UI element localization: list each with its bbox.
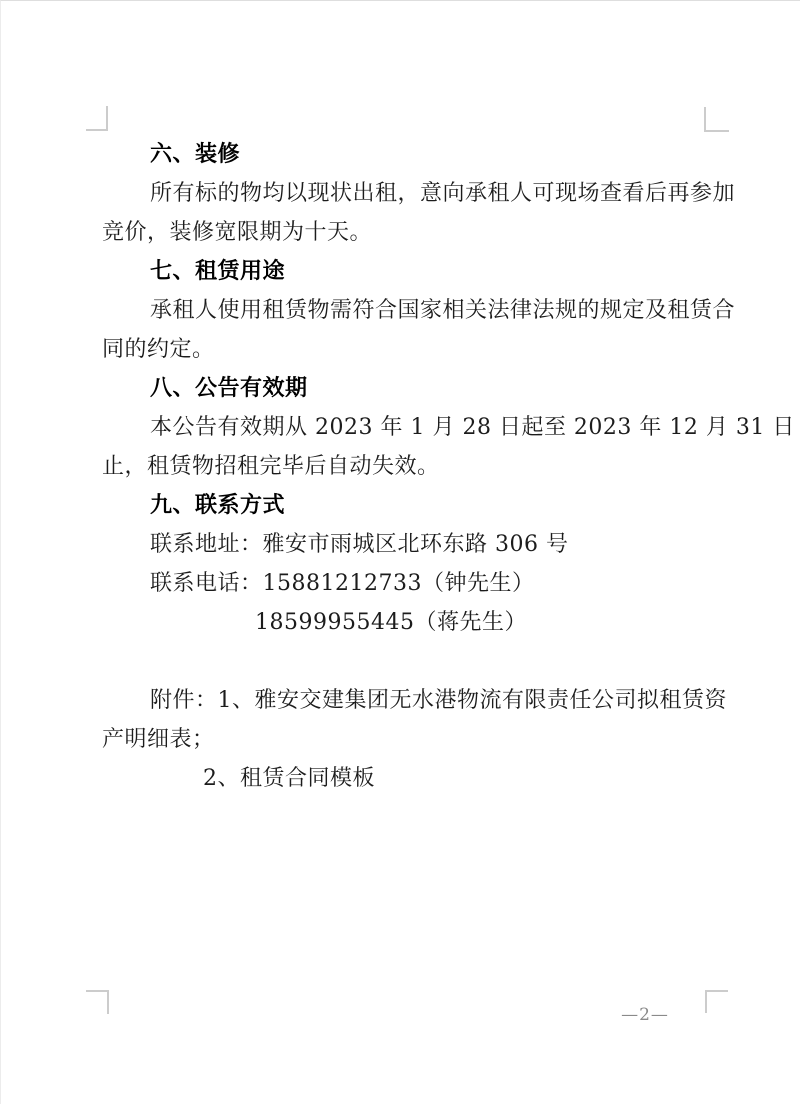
section-8-paragraph-line-2: 止，租赁物招租完毕后自动失效。: [102, 447, 714, 486]
section-9-heading: 九、联系方式: [102, 486, 714, 525]
section-6-paragraph-line-1: 所有标的物均以现状出租，意向承租人可现场查看后再参加: [102, 174, 714, 213]
contact-phone-line-1: 联系电话：15881212733（钟先生）: [102, 564, 714, 603]
attachment-line-1: 附件：1、雅安交建集团无水港物流有限责任公司拟租赁资: [102, 681, 714, 720]
crop-mark-top-left: [86, 106, 108, 131]
section-6-heading: 六、装修: [102, 135, 714, 174]
contact-address-line: 联系地址：雅安市雨城区北环东路 306 号: [102, 525, 714, 564]
attachment-line-2: 产明细表；: [102, 720, 714, 759]
blank-line: [102, 642, 714, 681]
crop-mark-bottom-left: [86, 990, 109, 1014]
contact-phone-line-2: 18599955445（蒋先生）: [102, 603, 714, 642]
page-number: —2—: [613, 1003, 677, 1027]
section-7-paragraph-line-1: 承租人使用租赁物需符合国家相关法律法规的规定及租赁合: [102, 291, 714, 330]
section-8-heading: 八、公告有效期: [102, 369, 714, 408]
section-7-paragraph-line-2: 同的约定。: [102, 330, 714, 369]
crop-mark-top-right: [704, 107, 729, 132]
document-page: 六、装修 所有标的物均以现状出租，意向承租人可现场查看后再参加 竞价，装修宽限期…: [0, 0, 800, 1104]
section-6-paragraph-line-2: 竞价，装修宽限期为十天。: [102, 213, 714, 252]
section-7-heading: 七、租赁用途: [102, 252, 714, 291]
document-body: 六、装修 所有标的物均以现状出租，意向承租人可现场查看后再参加 竞价，装修宽限期…: [102, 135, 714, 798]
crop-mark-bottom-right: [705, 990, 728, 1013]
section-8-paragraph-line-1: 本公告有效期从 2023 年 1 月 28 日起至 2023 年 12 月 31…: [102, 408, 714, 447]
attachment-line-3: 2、租赁合同模板: [102, 759, 714, 798]
